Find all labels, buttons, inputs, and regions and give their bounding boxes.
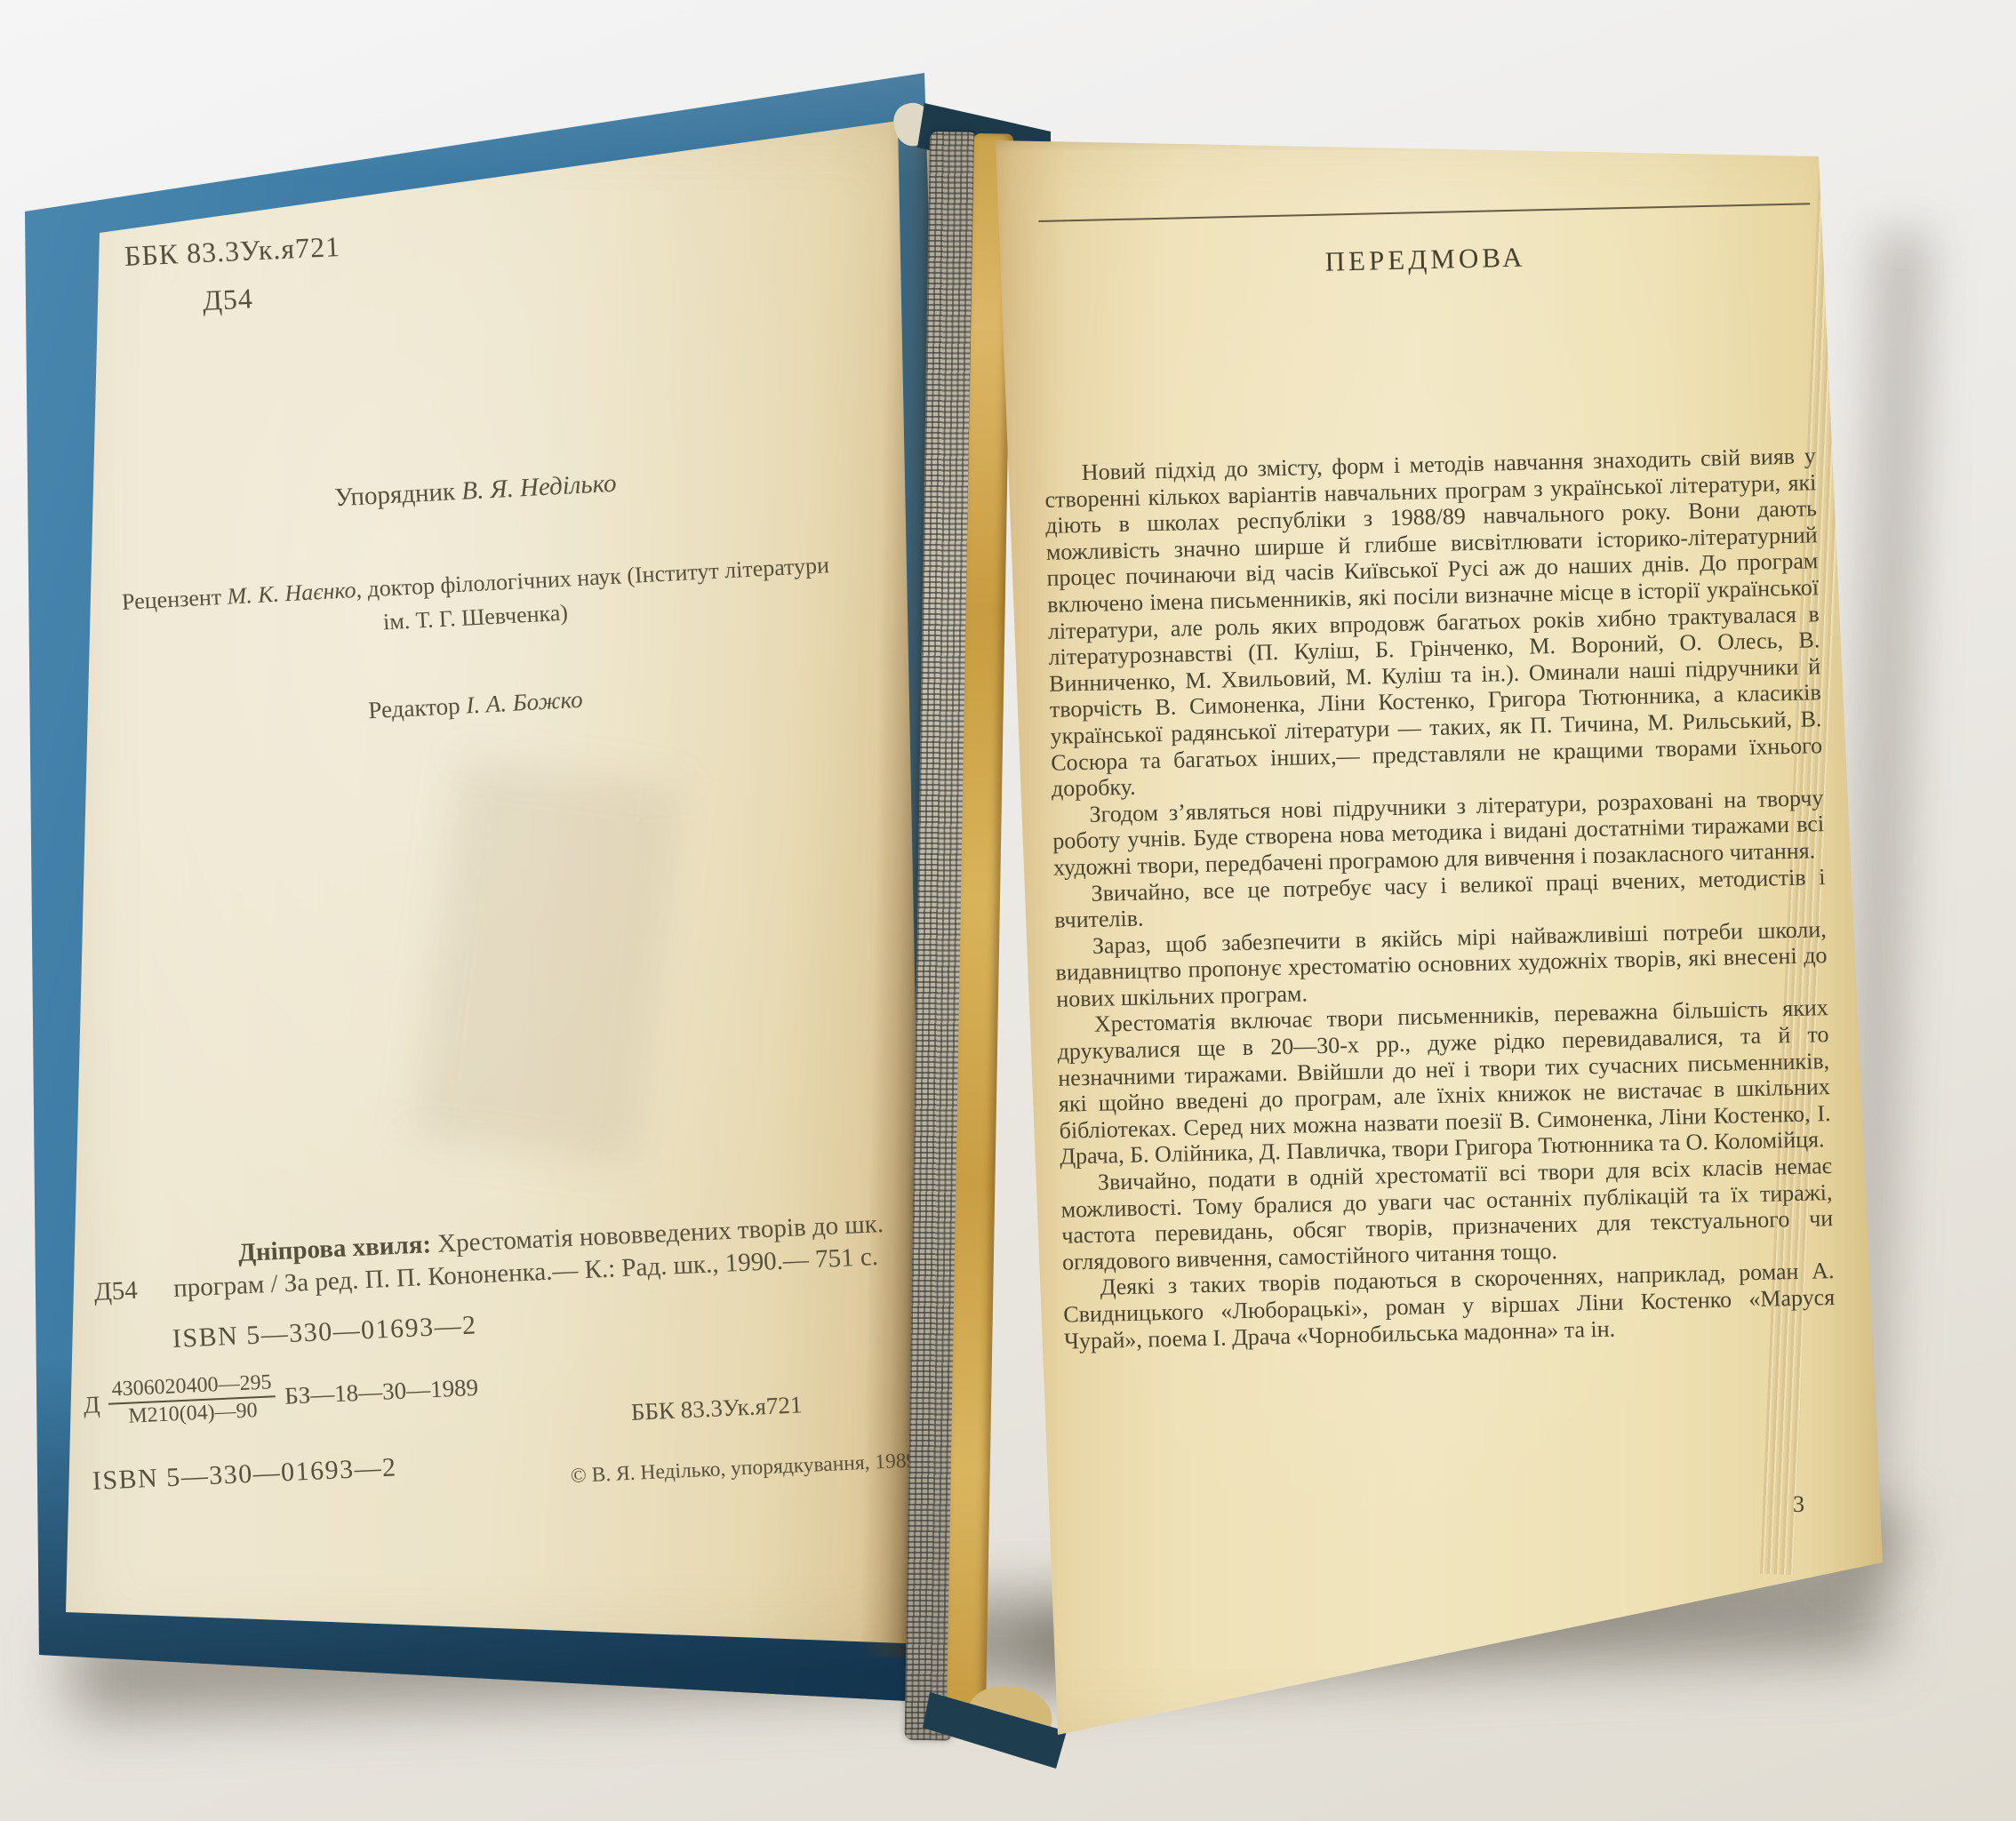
editor-line: Редактор І. А. Божко <box>116 673 836 738</box>
reviewer-label: Рецензент <box>121 584 221 615</box>
preface-paragraph: Звичайно, подати в одній хрестоматії всі… <box>1060 1153 1834 1275</box>
formula-fraction: 4306020400—295 М210(04)—90 <box>108 1370 276 1429</box>
compiler-line: Упорядник В. Я. Неділько <box>116 458 836 524</box>
author-sign: Д54 <box>202 282 253 317</box>
page-number: 3 <box>1793 1491 1804 1518</box>
isbn-top: ISBN 5—330—01693—2 <box>172 1310 477 1354</box>
editor-label: Редактор <box>368 692 461 723</box>
header-rule <box>1038 203 1810 222</box>
preface-body: Новий підхід до змісту, форм і методів н… <box>1044 443 1836 1354</box>
formula-prefix: Д <box>83 1391 100 1419</box>
bbk-classification-bottom: ББК 83.3Ук.я721 <box>630 1391 803 1426</box>
preface-paragraph: Хрестоматія включає твори письменників, … <box>1057 995 1832 1170</box>
catalog-entry-code: Д54 <box>93 1276 138 1306</box>
paper-stain <box>413 759 681 1165</box>
imprint-page: ББК 83.3Ук.я721 Д54 Упорядник В. Я. Неді… <box>62 114 935 1653</box>
bbk-classification-code: ББК 83.3Ук.я721 <box>124 230 341 273</box>
compiler-name: В. Я. Неділько <box>460 469 617 506</box>
preface-text-block: ПЕРЕДМОВА Новий підхід до змісту, форм і… <box>1038 187 1836 1354</box>
formula-suffix: БЗ—18—30—1989 <box>284 1373 478 1410</box>
catalog-formula: Д 4306020400—295 М210(04)—90 БЗ—18—30—19… <box>83 1362 480 1431</box>
compiler-label: Упорядник <box>334 477 456 512</box>
editor-name: І. А. Божко <box>465 686 583 719</box>
preface-paragraph: Деякі з таких творів подаються в скороче… <box>1062 1258 1836 1354</box>
preface-heading: ПЕРЕДМОВА <box>1039 235 1812 284</box>
reviewer-name: М. К. Наєнко, <box>227 577 363 610</box>
book-photo: ББК 83.3Ук.я721 Д54 Упорядник В. Я. Неді… <box>0 0 2016 1821</box>
preface-paragraph: Новий підхід до змісту, форм і методів н… <box>1044 443 1824 802</box>
preface-page: ПЕРЕДМОВА Новий підхід до змісту, форм і… <box>973 116 1896 1753</box>
isbn-bottom: ISBN 5—330—01693—2 <box>92 1452 397 1497</box>
reviewer-description-2: ім. Т. Г. Шевченка) <box>382 600 568 635</box>
catalog-entry-title: Дніпрова хвиля: <box>237 1230 431 1267</box>
